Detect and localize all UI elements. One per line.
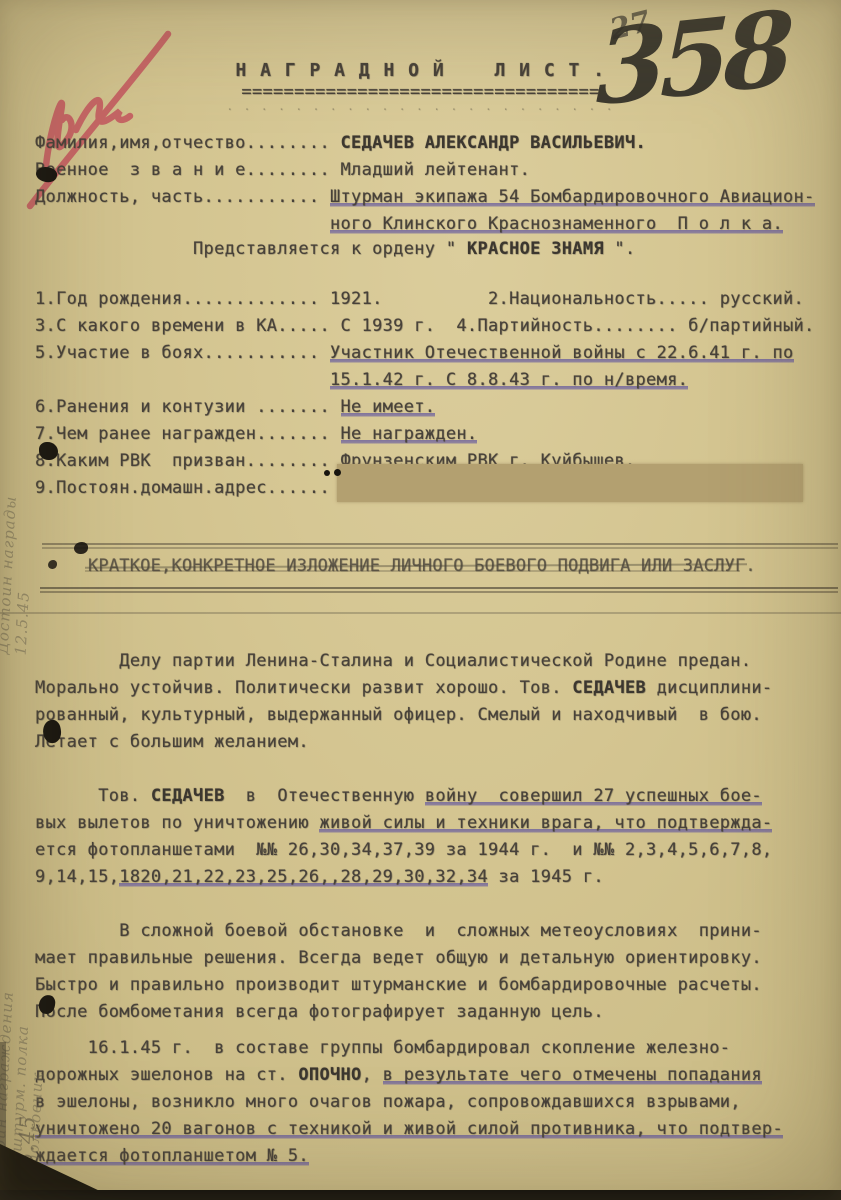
paragraph-opochno-raid: 16.1.45 г. в составе группы бомбардирова… <box>35 1035 783 1170</box>
underlined-text: уничтожено 20 вагонов с техникой и живой… <box>35 1119 783 1139</box>
underlined-text: войну совершил 27 успешных бое- <box>425 786 762 806</box>
underlined-text: Не имеет. <box>341 397 436 417</box>
typed-line: Морально устойчив. Политически развит хо… <box>35 675 772 702</box>
typed-line: рованный, культурный, выдержанный офицер… <box>35 702 772 729</box>
typed-line: . . . . . . . . . . . . . . . . . . . . … <box>0 100 841 114</box>
underlined-text: в результате чего отмечены попадания <box>383 1065 762 1085</box>
typed-text: После бомбометания всегда фотографирует … <box>35 1002 604 1022</box>
personal-fields-section: Фамилия,имя,отчество........ СЕДАЧЕВ АЛЕ… <box>35 130 815 238</box>
typed-text: , <box>362 1065 383 1085</box>
typed-line: ется фотопланшетами №№ 26,30,34,37,39 за… <box>35 837 772 864</box>
typed-text: дорожных эшелонов на ст. <box>35 1065 298 1085</box>
typed-text: Младший лейтенант. <box>341 160 531 180</box>
award-sheet-page: 27 358 Н А Г Р А Д Н О Й Л И С Т .======… <box>0 0 841 1200</box>
typed-text: . . . . . . . . . . . . . . . . . . . . … <box>226 100 614 113</box>
printed-rule <box>40 591 838 593</box>
underlined-text: 15.1.42 г. С 8.8.43 г. по н/время. <box>330 370 688 390</box>
typed-line: дорожных эшелонов на ст. ОПОЧНО, в резул… <box>35 1062 783 1089</box>
typed-text: Морально устойчив. Политически развит хо… <box>35 678 572 698</box>
typed-text: за 1945 г. <box>488 867 604 887</box>
typed-text: ется фотопланшетами №№ 26,30,34,37,39 за… <box>35 840 772 860</box>
typed-text: мает правильные решения. Всегда ведет об… <box>35 948 762 968</box>
typed-line: в эшелоны, возникло много очагов пожара,… <box>35 1089 783 1116</box>
typed-line: уничтожено 20 вагонов с техникой и живой… <box>35 1116 783 1143</box>
typed-text: КРАСНОЕ ЗНАМЯ <box>467 239 604 259</box>
underlined-text: ждается фотопланшетом № 5. <box>35 1146 309 1166</box>
typed-text: 9.Постоян.домашн.адрес...... <box>35 478 330 498</box>
typed-text: 5.Участие в боях........... <box>35 343 330 363</box>
typed-line: В сложной боевой обстановке и сложных ме… <box>35 918 762 945</box>
typed-text: в эшелоны, возникло много очагов пожара,… <box>35 1092 741 1112</box>
ink-blot <box>48 560 57 569</box>
typed-line: После бомбометания всегда фотографирует … <box>35 999 762 1026</box>
typed-text: Фамилия,имя,отчество........ <box>35 133 341 153</box>
printed-rule <box>42 543 838 545</box>
typed-line: вых вылетов по уничтожению живой силы и … <box>35 810 772 837</box>
ink-blot <box>39 442 58 460</box>
printed-rule <box>40 587 838 589</box>
typed-text: Представляется к ордену " <box>35 239 467 259</box>
page-bottom-edge <box>0 1190 841 1200</box>
typed-text: 7.Чем ранее награжден....... <box>35 424 341 444</box>
typed-text: в Отечественную <box>225 786 425 806</box>
typed-text <box>35 370 330 390</box>
typed-line: 15.1.42 г. С 8.8.43 г. по н/время. <box>35 367 815 394</box>
typed-line: 16.1.45 г. в составе группы бомбардирова… <box>35 1035 783 1062</box>
typed-text <box>35 214 330 234</box>
typed-text: Должность, часть........... <box>35 187 330 207</box>
redacted-address-block <box>337 464 803 502</box>
typed-text: ОПОЧНО <box>298 1065 361 1085</box>
underlined-text: ного Клинского Краснознаменного П о л к … <box>330 214 783 234</box>
presented-for-order-line: Представляется к ордену " КРАСНОЕ ЗНАМЯ … <box>35 236 636 263</box>
typed-text: Делу партии Ленина-Сталина и Социалистич… <box>35 651 751 671</box>
underlined-text: Не награжден. <box>341 424 478 444</box>
typed-line: 1.Год рождения............. 1921. 2.Наци… <box>35 286 815 313</box>
underlined-text: живой силы и техники врага, что подтверж… <box>319 813 772 833</box>
typed-line: Фамилия,имя,отчество........ СЕДАЧЕВ АЛЕ… <box>35 130 815 157</box>
typed-text: СЕДАЧЕВ <box>572 678 646 698</box>
typed-line: Представляется к ордену " КРАСНОЕ ЗНАМЯ … <box>35 236 636 263</box>
ink-blot <box>74 542 88 554</box>
typed-text: ". <box>604 239 636 259</box>
typed-text: Военное з в а н и е........ <box>35 160 341 180</box>
ink-dot <box>334 469 341 476</box>
typed-line: Н А Г Р А Д Н О Й Л И С Т . <box>0 58 841 84</box>
typed-line: ного Клинского Краснознаменного П о л к … <box>35 211 815 238</box>
printed-rule <box>0 612 841 614</box>
typed-line: Должность, часть........... Штурман экип… <box>35 184 815 211</box>
paragraph-skills: В сложной боевой обстановке и сложных ме… <box>35 918 762 1026</box>
typed-text: 6.Ранения и контузии ....... <box>35 397 341 417</box>
typed-text: Быстро и правильно производит штурмански… <box>35 975 762 995</box>
typed-text: 16.1.45 г. в составе группы бомбардирова… <box>35 1038 730 1058</box>
typed-text: СЕДАЧЕВ <box>151 786 225 806</box>
typed-line: ждается фотопланшетом № 5. <box>35 1143 783 1170</box>
typed-text: дисциплини- <box>646 678 772 698</box>
typed-text: рованный, культурный, выдержанный офицер… <box>35 705 762 725</box>
paragraph-character: Делу партии Ленина-Сталина и Социалистич… <box>35 648 772 756</box>
typed-text: 1.Год рождения............. 1921. 2.Наци… <box>35 289 804 309</box>
printed-rule <box>42 547 838 549</box>
typed-text: ================================== <box>241 82 599 102</box>
typed-line: Тов. СЕДАЧЕВ в Отечественную войну совер… <box>35 783 772 810</box>
typed-line: Летает с большим желанием. <box>35 729 772 756</box>
typed-line: ================================== <box>0 84 841 100</box>
typed-line: Быстро и правильно производит штурмански… <box>35 972 762 999</box>
typed-line: 7.Чем ранее награжден....... Не награжде… <box>35 421 815 448</box>
typed-text: В сложной боевой обстановке и сложных ме… <box>35 921 762 941</box>
ink-dot <box>324 470 330 476</box>
typed-text: СЕДАЧЕВ АЛЕКСАНДР ВАСИЛЬЕВИЧ. <box>341 133 647 153</box>
underlined-text: 1820,21,22,23,25,26,,28,29,30,32,34 <box>119 867 488 887</box>
underlined-text: Штурман экипажа 54 Бомбардировочного Ави… <box>330 187 815 207</box>
typed-line: 3.С какого времени в КА..... С 1939 г. 4… <box>35 313 815 340</box>
typed-line: 6.Ранения и контузии ....... Не имеет. <box>35 394 815 421</box>
underlined-text: Участник Отечественной войны с 22.6.41 г… <box>330 343 794 363</box>
typed-text: Н А Г Р А Д Н О Й Л И С Т . <box>235 60 605 81</box>
paragraph-sorties: Тов. СЕДАЧЕВ в Отечественную войну совер… <box>35 783 772 891</box>
typed-line: 9,14,15,1820,21,22,23,25,26,,28,29,30,32… <box>35 864 772 891</box>
typed-line: мает правильные решения. Всегда ведет об… <box>35 945 762 972</box>
typed-line: 5.Участие в боях........... Участник Оте… <box>35 340 815 367</box>
typed-text: Летает с большим желанием. <box>35 732 309 752</box>
typed-text: вых вылетов по уничтожению <box>35 813 319 833</box>
typed-text: 3.С какого времени в КА..... С 1939 г. 4… <box>35 316 815 336</box>
document-title: Н А Г Р А Д Н О Й Л И С Т .=============… <box>0 58 841 114</box>
typed-line: Военное з в а н и е........ Младший лейт… <box>35 157 815 184</box>
typed-line: Делу партии Ленина-Сталина и Социалистич… <box>35 648 772 675</box>
strike-line <box>85 570 740 572</box>
